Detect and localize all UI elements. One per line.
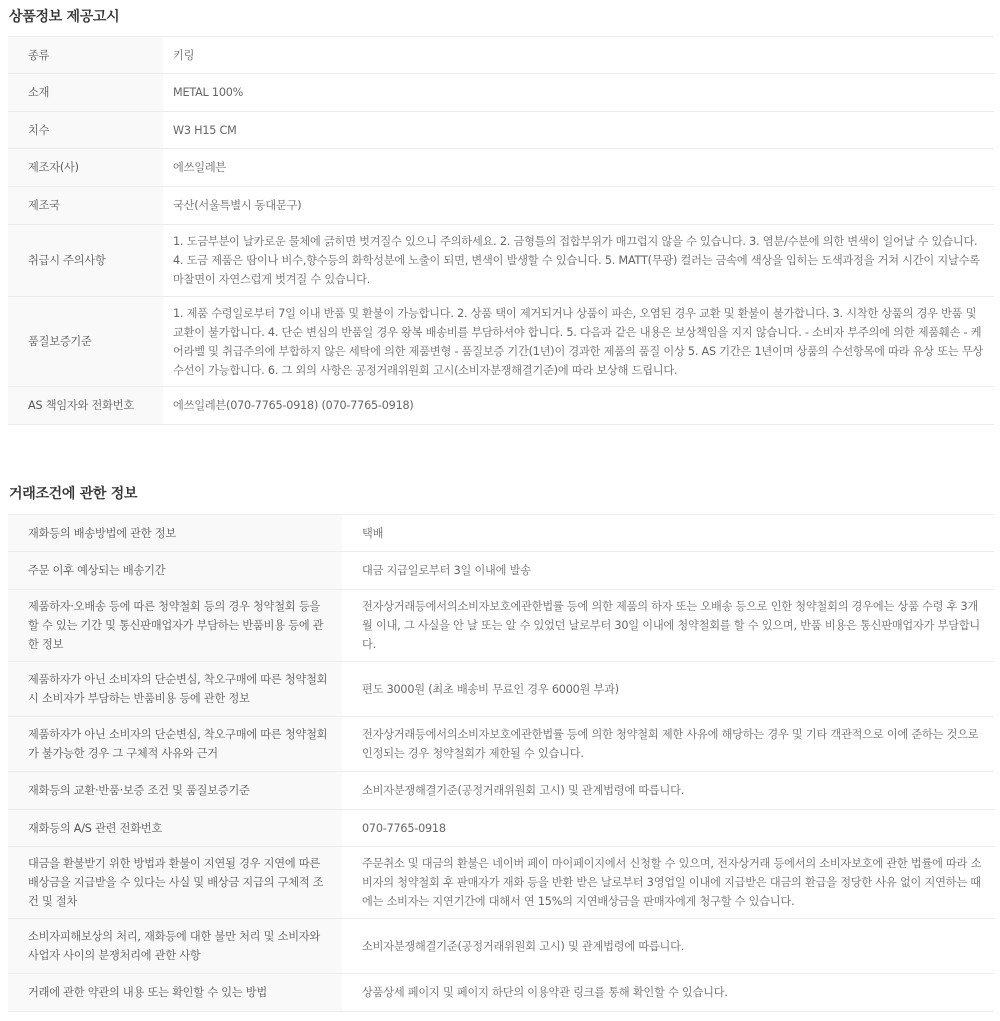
row-label-terms-confirmation: 거래에 관한 약관의 내용 또는 확인할 수 있는 방법 xyxy=(8,974,342,1012)
row-label-exchange-conditions: 재화등의 교환·반품·보증 조건 및 품질보증기준 xyxy=(8,772,342,810)
row-value-withdrawal-restriction: 전자상거래등에서의소비자보호에관한법률 등에 의한 청약철회 제한 사유에 해당… xyxy=(342,717,994,772)
row-label-defect-withdrawal: 제품하자·오배송 등에 따른 청약철회 등의 경우 청약철회 등을 할 수 있는… xyxy=(8,590,342,662)
row-label-material: 소재 xyxy=(8,74,163,112)
trade-terms-table: 재화등의 배송방법에 관한 정보 택배 주문 이후 예상되는 배송기간 대금 지… xyxy=(8,514,994,1012)
row-value-as-contact: 에쓰일레븐(070-7765-0918) (070-7765-0918) xyxy=(163,387,994,425)
row-value-defect-withdrawal: 전자상거래등에서의소비자보호에관한법률 등에 의한 제품의 하자 또는 오배송 … xyxy=(342,590,994,662)
row-label-delivery-method: 재화등의 배송방법에 관한 정보 xyxy=(8,515,342,552)
row-label-return-cost: 제품하자가 아닌 소비자의 단순변심, 착오구매에 따른 청약철회 시 소비자가… xyxy=(8,662,342,717)
row-label-as-contact: AS 책임자와 전화번호 xyxy=(8,387,163,425)
row-value-type: 키링 xyxy=(163,37,994,74)
row-label-withdrawal-restriction: 제품하자가 아닌 소비자의 단순변심, 착오구매에 따른 청약철회가 불가능한 … xyxy=(8,717,342,772)
table-row: 제조자(사) 에쓰일레븐 xyxy=(8,149,994,187)
table-row: 재화등의 배송방법에 관한 정보 택배 xyxy=(8,515,994,552)
row-label-handling-precautions: 취급시 주의사항 xyxy=(8,225,163,297)
row-value-quality-assurance: 1. 제품 수령일로부터 7일 이내 반품 및 환불이 가능합니다. 2. 상품… xyxy=(163,297,994,387)
table-row: 치수 W3 H15 CM xyxy=(8,112,994,149)
table-row: 품질보증기준 1. 제품 수령일로부터 7일 이내 반품 및 환불이 가능합니다… xyxy=(8,297,994,387)
table-row: 거래에 관한 약관의 내용 또는 확인할 수 있는 방법 상품상세 페이지 및 … xyxy=(8,974,994,1012)
row-value-refund-procedure: 주문취소 및 대금의 환불은 네이버 페이 마이페이지에서 신청할 수 있으며,… xyxy=(342,847,994,919)
table-row: 소재 METAL 100% xyxy=(8,74,994,112)
row-value-country: 국산(서울특별시 동대문구) xyxy=(163,187,994,225)
trade-terms-title: 거래조건에 관한 정보 xyxy=(9,483,137,503)
row-value-material: METAL 100% xyxy=(163,74,994,112)
row-value-size: W3 H15 CM xyxy=(163,112,994,149)
row-value-delivery-method: 택배 xyxy=(342,515,994,552)
table-row: 제조국 국산(서울특별시 동대문구) xyxy=(8,187,994,225)
row-value-as-phone: 070-7765-0918 xyxy=(342,810,994,847)
row-value-exchange-conditions: 소비자분쟁해결기준(공정거래위원회 고시) 및 관계법령에 따릅니다. xyxy=(342,772,994,810)
row-value-delivery-period: 대금 지급일로부터 3일 이내에 발송 xyxy=(342,552,994,590)
table-row: 제품하자가 아닌 소비자의 단순변심, 착오구매에 따른 청약철회가 불가능한 … xyxy=(8,717,994,772)
row-value-terms-confirmation: 상품상세 페이지 및 페이지 하단의 이용약관 링크를 통해 확인할 수 있습니… xyxy=(342,974,994,1012)
row-label-as-phone: 재화등의 A/S 관련 전화번호 xyxy=(8,810,342,847)
table-row: 종류 키링 xyxy=(8,37,994,74)
product-notice-table: 종류 키링 소재 METAL 100% 치수 W3 H15 CM 제조자(사) … xyxy=(8,36,994,425)
row-label-quality-assurance: 품질보증기준 xyxy=(8,297,163,387)
row-label-refund-procedure: 대금을 환불받기 위한 방법과 환불이 지연될 경우 지연에 따른 배상금을 지… xyxy=(8,847,342,919)
table-row: 주문 이후 예상되는 배송기간 대금 지급일로부터 3일 이내에 발송 xyxy=(8,552,994,590)
row-label-manufacturer: 제조자(사) xyxy=(8,149,163,187)
table-row: 재화등의 교환·반품·보증 조건 및 품질보증기준 소비자분쟁해결기준(공정거래… xyxy=(8,772,994,810)
table-row: 대금을 환불받기 위한 방법과 환불이 지연될 경우 지연에 따른 배상금을 지… xyxy=(8,847,994,919)
row-label-delivery-period: 주문 이후 예상되는 배송기간 xyxy=(8,552,342,590)
row-label-dispute-resolution: 소비자피해보상의 처리, 재화등에 대한 불만 처리 및 소비자와 사업자 사이… xyxy=(8,919,342,974)
table-row: 재화등의 A/S 관련 전화번호 070-7765-0918 xyxy=(8,810,994,847)
table-row: 제품하자가 아닌 소비자의 단순변심, 착오구매에 따른 청약철회 시 소비자가… xyxy=(8,662,994,717)
row-value-handling-precautions: 1. 도금부분이 날카로운 물체에 긁히면 벗겨질수 있으니 주의하세요. 2.… xyxy=(163,225,994,297)
row-label-country: 제조국 xyxy=(8,187,163,225)
table-row: 소비자피해보상의 처리, 재화등에 대한 불만 처리 및 소비자와 사업자 사이… xyxy=(8,919,994,974)
table-row: 취급시 주의사항 1. 도금부분이 날카로운 물체에 긁히면 벗겨질수 있으니 … xyxy=(8,225,994,297)
table-row: AS 책임자와 전화번호 에쓰일레븐(070-7765-0918) (070-7… xyxy=(8,387,994,425)
product-notice-title: 상품정보 제공고시 xyxy=(9,6,119,26)
row-label-type: 종류 xyxy=(8,37,163,74)
row-value-manufacturer: 에쓰일레븐 xyxy=(163,149,994,187)
row-label-size: 치수 xyxy=(8,112,163,149)
table-row: 제품하자·오배송 등에 따른 청약철회 등의 경우 청약철회 등을 할 수 있는… xyxy=(8,590,994,662)
row-value-dispute-resolution: 소비자분쟁해결기준(공정거래위원회 고시) 및 관계법령에 따릅니다. xyxy=(342,919,994,974)
row-value-return-cost: 편도 3000원 (최초 배송비 무료인 경우 6000원 부과) xyxy=(342,662,994,717)
